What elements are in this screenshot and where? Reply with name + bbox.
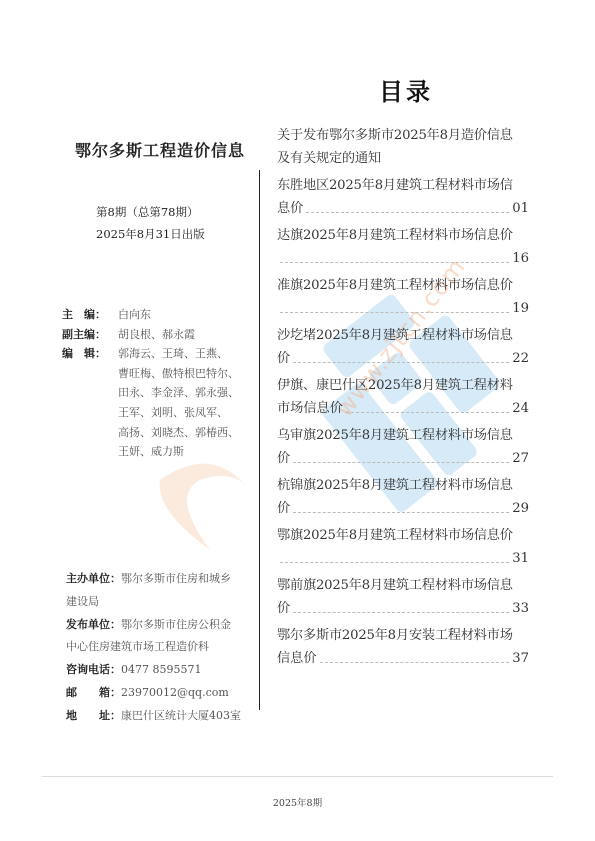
publisher-cont: 中心住房建筑市场工程造价科	[66, 636, 256, 659]
toc-entry-title-cont: 息价	[277, 197, 303, 220]
toc-page-number: 37	[512, 647, 529, 670]
toc-entry[interactable]: 杭锦旗2025年8月建筑工程材料市场信息 价 29	[277, 474, 529, 520]
toc-entry[interactable]: 沙圪堵2025年8月建筑工程材料市场信息 价 22	[277, 324, 529, 370]
toc-leader-line	[280, 561, 509, 563]
toc-entry-title: 鄂前旗2025年8月建筑工程材料市场信息	[277, 574, 529, 597]
toc-entry[interactable]: 伊旗、康巴什区2025年8月建筑工程材料 市场信息价 24	[277, 374, 529, 420]
toc-entry-title: 乌审旗2025年8月建筑工程材料市场信息	[277, 424, 529, 447]
toc-entry-title-cont: 信息价	[277, 647, 317, 670]
toc-entry-title-cont: 价	[277, 447, 290, 470]
phone-label: 咨询电话：	[66, 663, 121, 676]
address-label: 地 址：	[66, 709, 121, 722]
toc-entry-title-cont: 市场信息价	[277, 397, 343, 420]
toc-page-number: 27	[512, 447, 529, 470]
toc-entry[interactable]: 鄂旗2025年8月建筑工程材料市场信息价 31	[277, 524, 529, 570]
toc-entry-title: 沙圪堵2025年8月建筑工程材料市场信息	[277, 324, 529, 347]
toc-entry-title: 东胜地区2025年8月建筑工程材料市场信	[277, 174, 529, 197]
editors-line: 高扬、刘晓杰、郭椿西、	[62, 423, 252, 443]
toc-title: 目录	[379, 72, 433, 107]
magazine-title: 鄂尔多斯工程造价信息	[75, 138, 245, 161]
toc-leader-line	[293, 361, 509, 363]
publish-date: 2025年8月31日出版	[96, 226, 205, 242]
toc-entry-title-cont: 价	[277, 497, 290, 520]
table-of-contents: 关于发布鄂尔多斯市2025年8月造价信息 及有关规定的通知 东胜地区2025年8…	[277, 124, 529, 674]
toc-entry-title: 杭锦旗2025年8月建筑工程材料市场信息	[277, 474, 529, 497]
toc-entry[interactable]: 达旗2025年8月建筑工程材料市场信息价 16	[277, 224, 529, 270]
toc-leader-line	[280, 311, 509, 313]
editors-label: 编 辑：	[62, 344, 118, 364]
email-label: 邮 箱：	[66, 686, 121, 699]
toc-entry-title-cont: 及有关规定的通知	[277, 147, 529, 170]
address: 康巴什区统计大厦403室	[121, 709, 241, 722]
toc-page-number: 24	[512, 397, 529, 420]
toc-entry-title: 伊旗、康巴什区2025年8月建筑工程材料	[277, 374, 529, 397]
editors-line: 曹旺梅、傲特根巴特尔、	[62, 364, 252, 384]
toc-page-number: 31	[512, 547, 529, 570]
publisher-label: 发布单位：	[66, 618, 121, 631]
toc-entry[interactable]: 准旗2025年8月建筑工程材料市场信息价 19	[277, 274, 529, 320]
toc-entry-title-cont: 价	[277, 597, 290, 620]
deputy-editor-label: 副主编：	[62, 325, 118, 345]
toc-entry-title: 鄂尔多斯市2025年8月安装工程材料市场	[277, 624, 529, 647]
publisher-info: 主办单位：鄂尔多斯市住房和城乡 建设局 发布单位：鄂尔多斯市住房公积金 中心住房…	[66, 568, 256, 728]
toc-leader-line	[293, 611, 509, 613]
toc-page-number: 19	[512, 297, 529, 320]
toc-page-number: 29	[512, 497, 529, 520]
editors-line: 王妍、威力斯	[62, 442, 252, 462]
publisher: 鄂尔多斯市住房公积金	[121, 618, 231, 631]
sponsor-label: 主办单位：	[66, 572, 121, 585]
sponsor-cont: 建设局	[66, 591, 256, 614]
toc-leader-line	[320, 661, 510, 663]
editors-line: 王军、刘明、张凤军、	[62, 403, 252, 423]
toc-leader-line	[280, 261, 509, 263]
footer-issue: 2025年8期	[0, 795, 595, 809]
toc-entry[interactable]: 东胜地区2025年8月建筑工程材料市场信 息价 01	[277, 174, 529, 220]
toc-entry-title-cont: 价	[277, 347, 290, 370]
sponsor: 鄂尔多斯市住房和城乡	[121, 572, 231, 585]
editors-line: 田永、李金泽、郭永强、	[62, 383, 252, 403]
toc-page-number: 16	[512, 247, 529, 270]
toc-leader-line	[293, 461, 509, 463]
editors-line: 郭海云、王琦、王燕、	[118, 344, 252, 364]
toc-leader-line	[346, 411, 509, 413]
toc-entry-title: 准旗2025年8月建筑工程材料市场信息价	[277, 274, 529, 297]
deputy-editors: 胡良根、郝永霞	[118, 325, 252, 345]
toc-entry[interactable]: 鄂尔多斯市2025年8月安装工程材料市场 信息价 37	[277, 624, 529, 670]
toc-page-number: 22	[512, 347, 529, 370]
toc-entry-title: 关于发布鄂尔多斯市2025年8月造价信息	[277, 124, 529, 147]
toc-leader-line	[293, 511, 509, 513]
watermark-swoosh-icon	[150, 450, 260, 560]
toc-entry[interactable]: 鄂前旗2025年8月建筑工程材料市场信息 价 33	[277, 574, 529, 620]
toc-entry-title: 达旗2025年8月建筑工程材料市场信息价	[277, 224, 529, 247]
toc-entry-title: 鄂旗2025年8月建筑工程材料市场信息价	[277, 524, 529, 547]
email[interactable]: 23970012@qq.com	[121, 686, 229, 699]
footer-divider	[42, 776, 553, 777]
toc-page-number: 33	[512, 597, 529, 620]
chief-editor-label: 主 编：	[62, 305, 118, 325]
column-divider	[259, 170, 260, 710]
toc-entry[interactable]: 乌审旗2025年8月建筑工程材料市场信息 价 27	[277, 424, 529, 470]
toc-leader-line	[306, 211, 509, 213]
phone: 0477 8595571	[121, 663, 201, 676]
issue-number: 第8期（总第78期）	[96, 204, 198, 220]
toc-page-number: 01	[512, 197, 529, 220]
toc-entry[interactable]: 关于发布鄂尔多斯市2025年8月造价信息 及有关规定的通知	[277, 124, 529, 170]
chief-editor: 白向东	[118, 305, 252, 325]
editorial-staff: 主 编： 白向东 副主编： 胡良根、郝永霞 编 辑： 郭海云、王琦、王燕、 曹旺…	[62, 305, 252, 462]
